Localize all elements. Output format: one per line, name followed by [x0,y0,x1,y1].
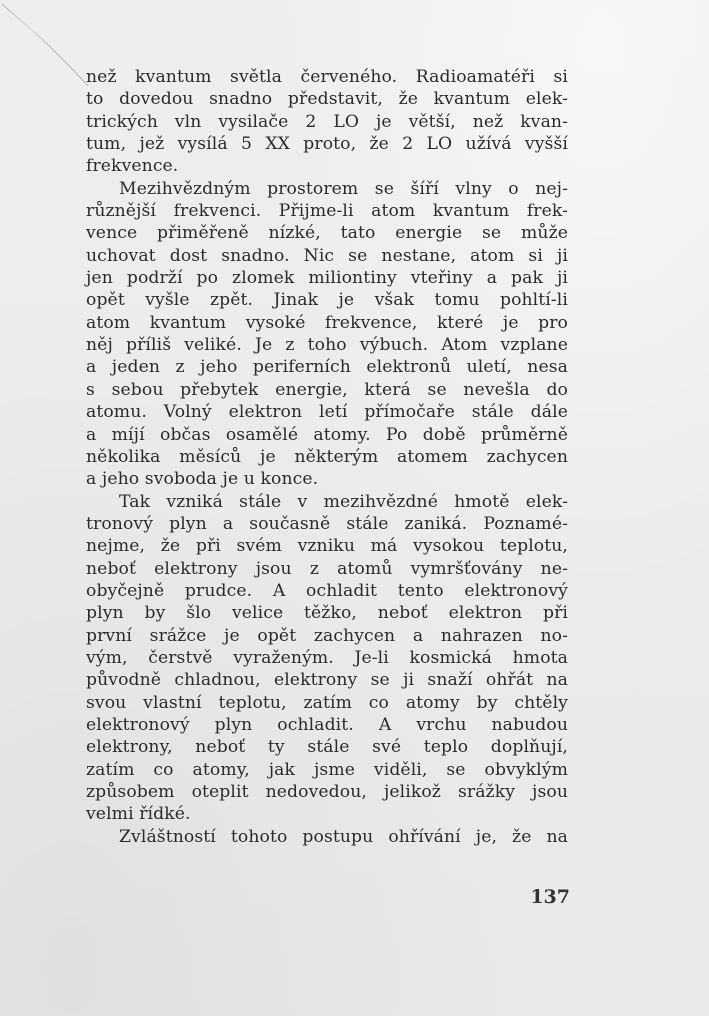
text-line: něj příliš veliké. Je z toho výbuch. Ato… [86,334,568,356]
text-line: frekvence. [86,155,568,177]
text-line: to dovedou snadno představit, že kvantum… [86,88,568,110]
text-line: plyn by šlo velice těžko, neboť elektron… [86,602,568,624]
text-line: a jeden z jeho periferních elektronů ule… [86,356,568,378]
text-line: Tak vzniká stále v mezihvězdné hmotě ele… [86,491,568,513]
text-line: obyčejně prudce. A ochladit tento elektr… [86,580,568,602]
text-line: tronový plyn a současně stále zaniká. Po… [86,513,568,535]
body-text: než kvantum světla červeného. Radioamaté… [86,66,568,848]
text-line: zatím co atomy, jak jsme viděli, se obvy… [86,759,568,781]
paragraph: Tak vzniká stále v mezihvězdné hmotě ele… [86,491,568,826]
text-line: tum, jež vysílá 5 XX proto, že 2 LO užív… [86,133,568,155]
text-line: elektrony, neboť ty stále své teplo dopl… [86,736,568,758]
text-line: trických vln vysilače 2 LO je větší, než… [86,111,568,133]
text-line: s sebou přebytek energie, která se neveš… [86,379,568,401]
text-line: a míjí občas osamělé atomy. Po době prům… [86,424,568,446]
paragraph: než kvantum světla červeného. Radioamaté… [86,66,568,178]
book-page: než kvantum světla červeného. Radioamaté… [0,0,709,1016]
text-line: uchovat dost snadno. Nic se nestane, ato… [86,245,568,267]
paragraph: Mezihvězdným prostorem se šíří vlny o ne… [86,178,568,491]
text-line: opět vyšle zpět. Jinak je však tomu pohl… [86,289,568,311]
text-line: původně chladnou, elektrony se ji snaží … [86,669,568,691]
text-line: Mezihvězdným prostorem se šíří vlny o ne… [86,178,568,200]
paragraph: Zvláštností tohoto postupu ohřívání je, … [86,826,568,848]
text-line: různější frekvenci. Přijme-li atom kvant… [86,200,568,222]
text-line: způsobem oteplit nedovedou, jelikož sráž… [86,781,568,803]
text-line: jen podrží po zlomek miliontiny vteřiny … [86,267,568,289]
text-line: atomu. Volný elektron letí přímočaře stá… [86,401,568,423]
text-line: svou vlastní teplotu, zatím co atomy by … [86,692,568,714]
text-line: atom kvantum vysoké frekvence, které je … [86,312,568,334]
text-line: neboť elektrony jsou z atomů vymršťovány… [86,558,568,580]
text-line: vým, čerstvě vyraženým. Je-li kosmická h… [86,647,568,669]
text-line: vence přiměřeně nízké, tato energie se m… [86,222,568,244]
text-line: a jeho svoboda je u konce. [86,468,568,490]
text-line: nejme, že při svém vzniku má vysokou tep… [86,535,568,557]
text-line: několika měsíců je některým atomem zachy… [86,446,568,468]
text-line: elektronový plyn ochladit. A vrchu nabud… [86,714,568,736]
text-line: než kvantum světla červeného. Radioamaté… [86,66,568,88]
text-line: Zvláštností tohoto postupu ohřívání je, … [86,826,568,848]
page-number: 137 [530,886,570,908]
text-line: velmi řídké. [86,803,568,825]
text-line: první srážce je opět zachycen a nahrazen… [86,625,568,647]
